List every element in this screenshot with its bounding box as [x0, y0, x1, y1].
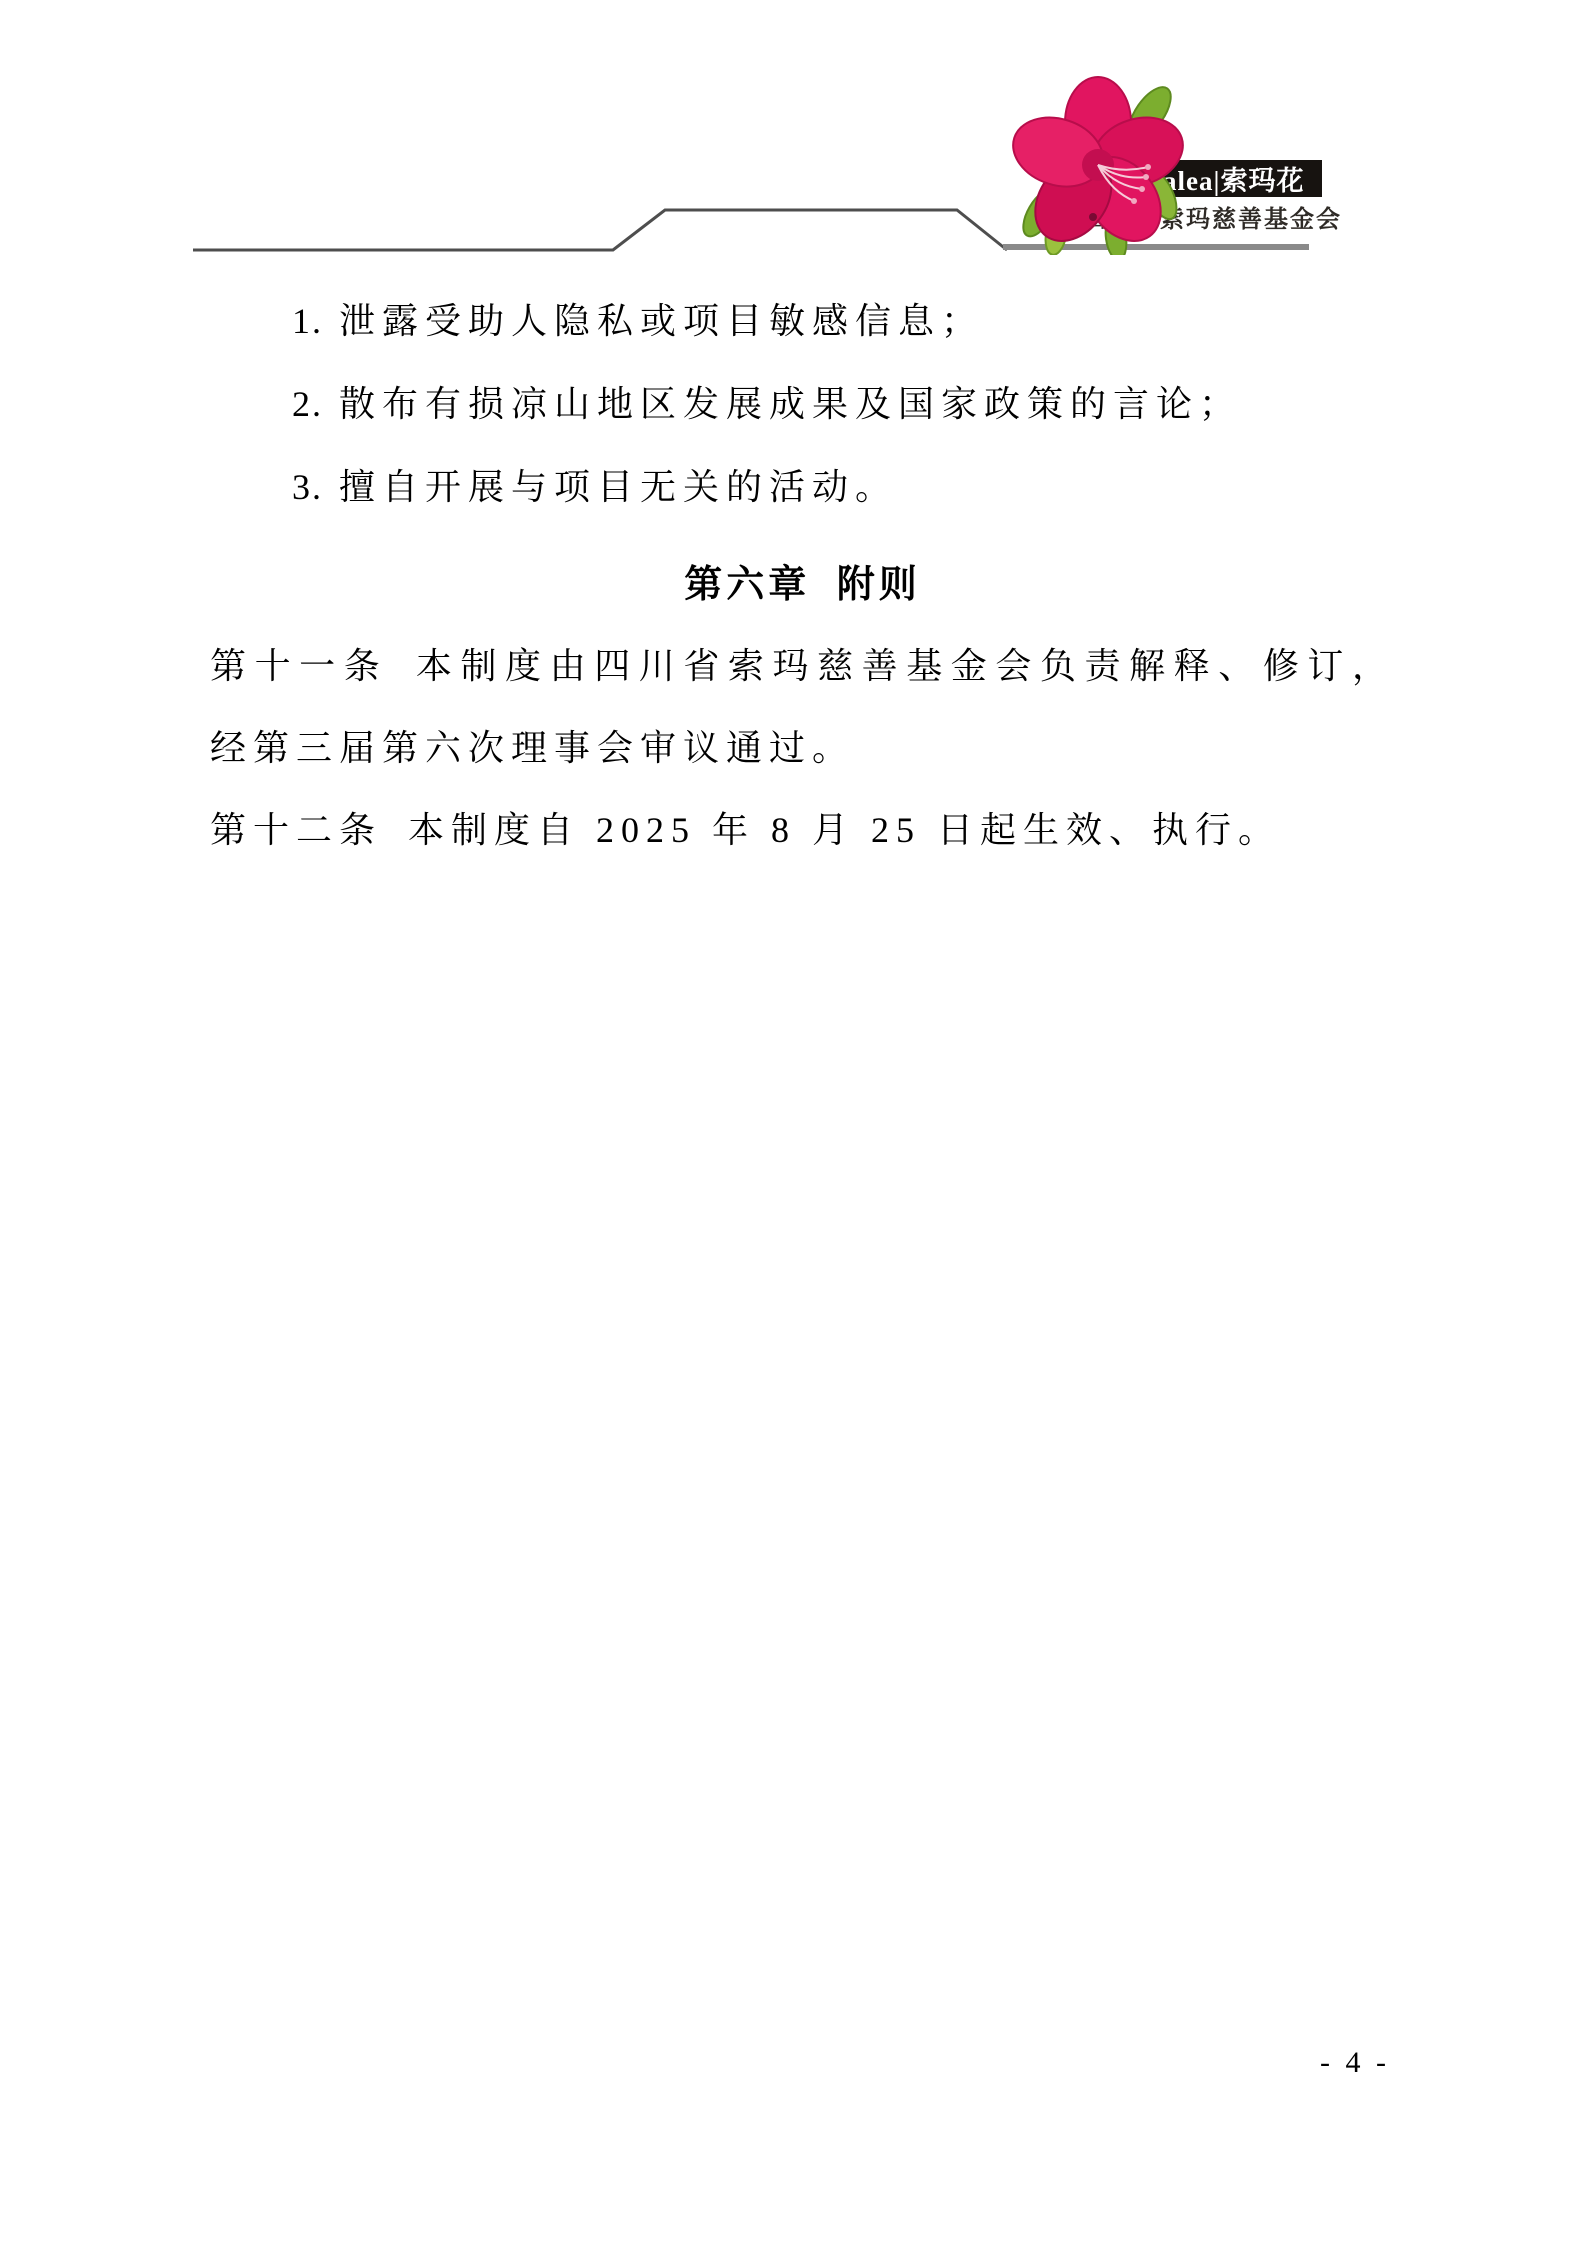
- list-item-text: 泄露受助人隐私或项目敏感信息；: [339, 301, 984, 341]
- header-rule-line: [0, 0, 1587, 300]
- list-item: 1.泄露受助人隐私或项目敏感信息；: [210, 280, 1395, 363]
- list-item-text: 擅自开展与项目无关的活动。: [339, 467, 898, 507]
- article-paragraph: 第十一条本制度由四川省索玛慈善基金会负责解释、修订，经第三届第六次理事会审议通过…: [210, 625, 1395, 789]
- article-label: 第十一条: [210, 646, 388, 686]
- article-label: 第十二条: [210, 810, 382, 850]
- page-number: - 4 -: [1320, 2046, 1387, 2080]
- list-item-text: 散布有损凉山地区发展成果及国家政策的言论；: [339, 384, 1242, 424]
- list-item: 2.散布有损凉山地区发展成果及国家政策的言论；: [210, 363, 1395, 446]
- list-item-number: 2.: [292, 384, 323, 424]
- article-text: 本制度自 2025 年 8 月 25 日起生效、执行。: [408, 810, 1281, 850]
- flower-bud-dot: [1089, 213, 1097, 221]
- chapter-heading: 第六章 附则: [210, 553, 1395, 617]
- document-page: Azalea|索玛花 四川省索玛慈善基金会 1.泄露受助人隐私或项目敏感信息； …: [0, 0, 1587, 2245]
- list-item-number: 1.: [292, 301, 323, 341]
- azalea-flower-icon: [998, 75, 1198, 255]
- article-paragraph: 第十二条本制度自 2025 年 8 月 25 日起生效、执行。: [210, 789, 1395, 871]
- document-body: 1.泄露受助人隐私或项目敏感信息； 2.散布有损凉山地区发展成果及国家政策的言论…: [210, 280, 1395, 871]
- list-item-number: 3.: [292, 467, 323, 507]
- list-item: 3.擅自开展与项目无关的活动。: [210, 446, 1395, 529]
